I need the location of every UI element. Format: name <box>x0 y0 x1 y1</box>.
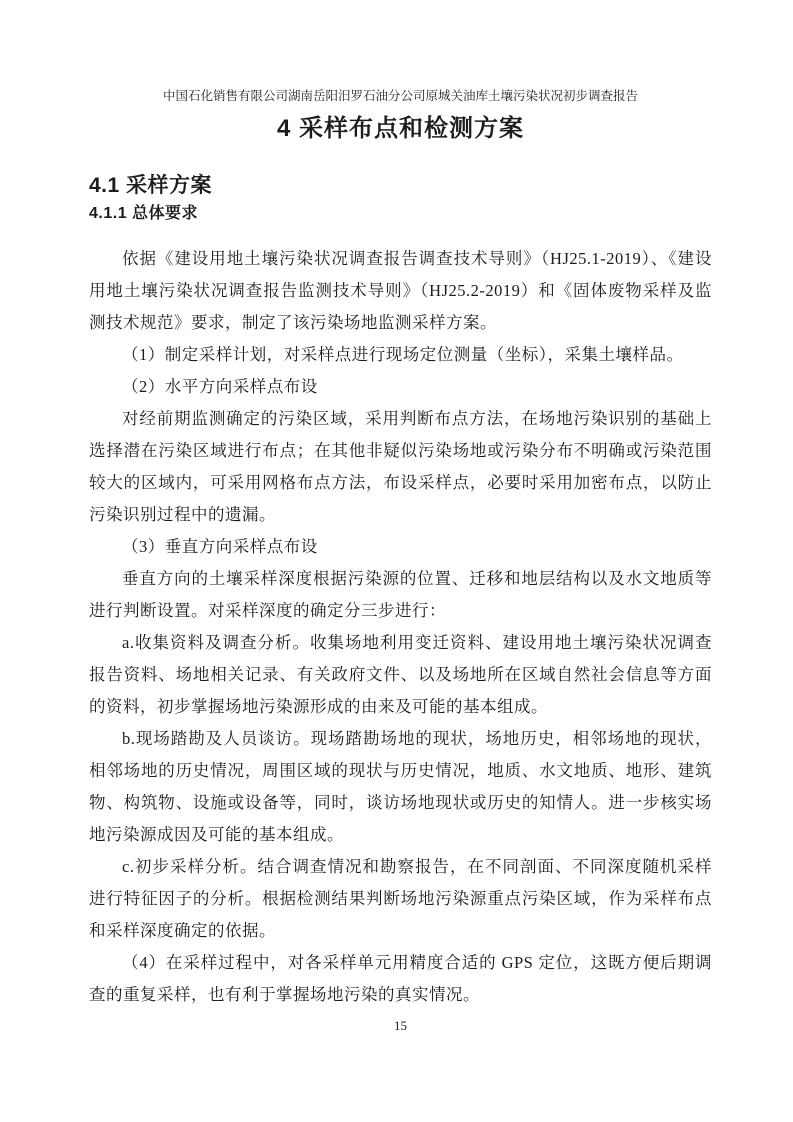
paragraph-item-1: （1）制定采样计划，对采样点进行现场定位测量（坐标），采集土壤样品。 <box>89 339 712 371</box>
paragraph-item-3-body: 垂直方向的土壤采样深度根据污染源的位置、迁移和地层结构以及水文地质等进行判断设置… <box>89 563 712 627</box>
document-page: 中国石化销售有限公司湖南岳阳汨罗石油分公司原城关油库土壤污染状况初步调查报告 4… <box>0 0 793 1122</box>
paragraph-step-c: c.初步采样分析。结合调查情况和勘察报告，在不同剖面、不同深度随机采样进行特征因… <box>89 851 712 947</box>
subsection-heading: 4.1.1 总体要求 <box>89 203 712 225</box>
paragraph-step-b: b.现场踏勘及人员谈访。现场踏勘场地的现状，场地历史，相邻场地的现状，相邻场地的… <box>89 723 712 851</box>
paragraph-item-2-heading: （2）水平方向采样点布设 <box>89 371 712 403</box>
chapter-title: 4 采样布点和检测方案 <box>89 112 712 145</box>
paragraph-item-2-body: 对经前期监测确定的污染区域，采用判断布点方法，在场地污染识别的基础上选择潜在污染… <box>89 403 712 531</box>
page-number: 15 <box>89 1018 712 1034</box>
paragraph-step-a: a.收集资料及调查分析。收集场地利用变迁资料、建设用地土壤污染状况调查报告资料、… <box>89 627 712 723</box>
section-heading: 4.1 采样方案 <box>89 172 712 200</box>
paragraph-item-4: （4）在采样过程中，对各采样单元用精度合适的 GPS 定位，这既方便后期调查的重… <box>89 947 712 1011</box>
body-text: 依据《建设用地土壤污染状况调查报告调查技术导则》（HJ25.1-2019）、《建… <box>89 243 712 1011</box>
paragraph-intro: 依据《建设用地土壤污染状况调查报告调查技术导则》（HJ25.1-2019）、《建… <box>89 243 712 339</box>
running-header: 中国石化销售有限公司湖南岳阳汨罗石油分公司原城关油库土壤污染状况初步调查报告 <box>89 89 712 104</box>
paragraph-item-3-heading: （3）垂直方向采样点布设 <box>89 531 712 563</box>
